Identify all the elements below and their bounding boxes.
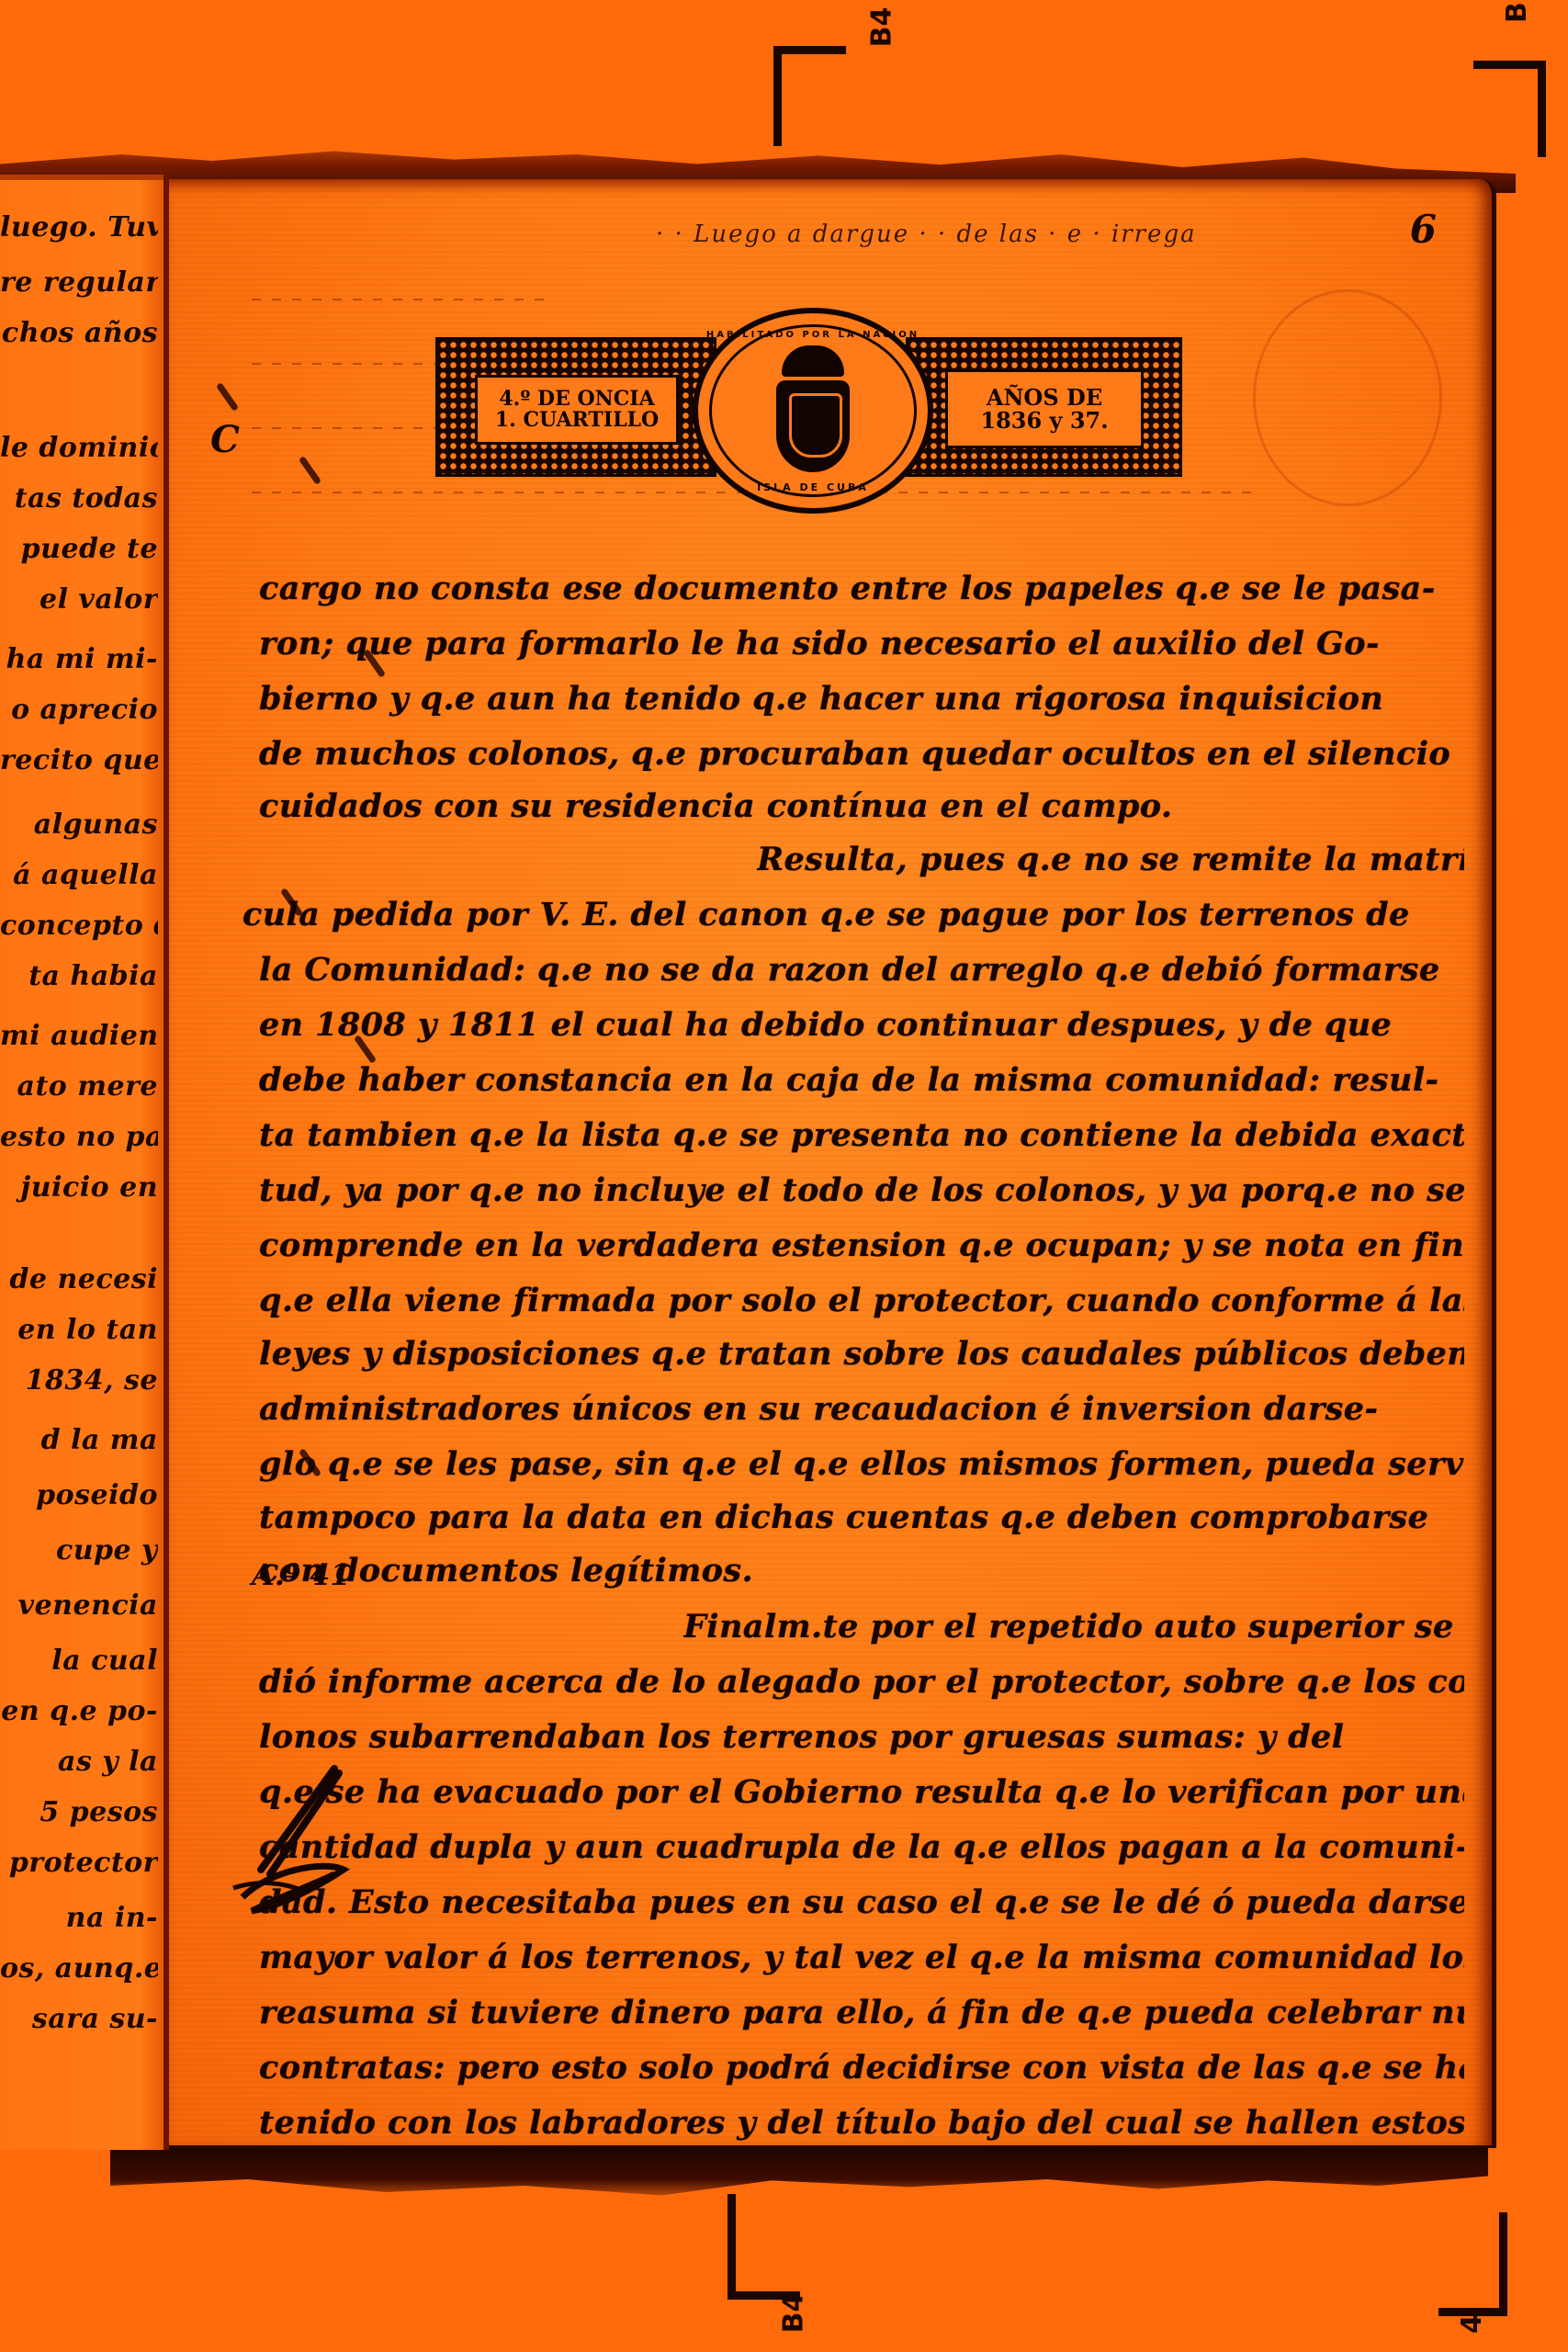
bleed-through-stroke — [299, 456, 321, 485]
bleed-through-line — [252, 299, 546, 300]
header-scribble: · · Luego a dargue · · de las · e · irre… — [656, 220, 1197, 248]
text-line: tud, ya por q.e no incluye el todo de lo… — [259, 1171, 1464, 1209]
watermark-seal — [1253, 289, 1442, 506]
left-line: juicio en — [0, 1171, 158, 1204]
left-line: de necesi — [0, 1263, 158, 1295]
left-line: tas todas — [0, 482, 158, 514]
left-line: ta habia — [0, 960, 158, 992]
left-line: ato mere — [0, 1070, 158, 1102]
royal-crest-icon — [776, 345, 850, 474]
text-line: lonos subarrendaban los terrenos por gru… — [259, 1718, 1464, 1756]
left-line: venencia — [0, 1589, 158, 1622]
text-line: dió informe acerca de lo alegado por el … — [259, 1663, 1464, 1701]
left-line: en lo tan — [0, 1314, 158, 1346]
text-line: Finalm.te por el repetido auto superior … — [683, 1608, 1464, 1645]
left-page-fragment: luego. Tuvo re regular chos años le domi… — [0, 175, 169, 2150]
left-line: poseido — [0, 1479, 158, 1511]
stamp-years-line2: 1836 y 37. — [980, 409, 1108, 432]
text-line: q.e ella viene firmada por solo el prote… — [259, 1282, 1464, 1319]
left-line: o aprecio — [0, 694, 158, 726]
registration-corner-bottom — [728, 2194, 800, 2300]
text-line: administradores únicos en su recaudacion… — [259, 1390, 1464, 1428]
text-line: tampoco para la data en dichas cuentas q… — [259, 1498, 1464, 1536]
left-line: protector — [0, 1847, 158, 1879]
text-line: contratas: pero esto solo podrá decidirs… — [259, 2049, 1464, 2086]
margin-letter: C — [210, 418, 240, 461]
left-line: mi audien — [0, 1020, 158, 1052]
left-line: as y la — [0, 1746, 158, 1778]
text-line: debe haber constancia en la caja de la m… — [259, 1061, 1464, 1099]
left-line: chos años — [0, 317, 158, 349]
left-line: esto no pa- — [0, 1121, 158, 1153]
left-line: 5 pesos — [0, 1796, 158, 1828]
stamp-right-panel: AÑOS DE 1836 y 37. — [906, 337, 1182, 477]
left-line: el valor — [0, 583, 158, 616]
left-line: algunas — [0, 808, 158, 841]
left-line: puede te — [0, 533, 158, 565]
registration-corner-bottom-right — [1438, 2212, 1507, 2316]
text-line: ta tambien q.e la lista q.e se presenta … — [259, 1116, 1464, 1154]
registration-label-bottom: B4 — [777, 2293, 809, 2334]
left-line: d la ma — [0, 1424, 158, 1456]
text-line: tenido con los labradores y del título b… — [259, 2104, 1464, 2142]
page-number: 6 — [1410, 207, 1437, 252]
left-line: en q.e po- — [0, 1695, 158, 1727]
text-line: con documentos legítimos. — [259, 1552, 1464, 1589]
left-line: cupe y — [0, 1534, 158, 1566]
text-line: q.e se ha evacuado por el Gobierno resul… — [259, 1773, 1464, 1811]
text-line: leyes y disposiciones q.e tratan sobre l… — [259, 1335, 1464, 1373]
stamp-seal: HABILITADO POR LA NACION ISLA DE CUBA — [693, 308, 933, 514]
seal-top-text: HABILITADO POR LA NACION — [698, 330, 928, 340]
left-line: re regular — [0, 266, 158, 299]
shield-icon — [776, 380, 850, 472]
text-line: cantidad dupla y aun cuadrupla de la q.e… — [259, 1828, 1464, 1866]
text-line: en 1808 y 1811 el cual ha debido continu… — [259, 1006, 1464, 1044]
left-line: la cual — [0, 1645, 158, 1677]
left-line: sara su- — [0, 2003, 158, 2035]
text-line: bierno y q.e aun ha tenido q.e hacer una… — [259, 680, 1464, 718]
text-line: Resulta, pues q.e no se remite la matrí- — [757, 841, 1464, 878]
text-line: glo q.e se les pase, sin q.e el q.e ello… — [259, 1445, 1464, 1483]
stamp-value-line1: 4.º DE ONCIA — [499, 389, 654, 410]
registration-label-bottom-right: 4 — [1456, 2314, 1488, 2334]
stamp-value-label: 4.º DE ONCIA 1. CUARTILLO — [475, 375, 679, 445]
left-line: na in- — [0, 1902, 158, 1934]
text-line: reasuma si tuviere dinero para ello, á f… — [259, 1994, 1464, 2031]
manuscript-page: · · Luego a dargue · · de las · e · irre… — [169, 179, 1496, 2148]
text-line: comprende en la verdadera estension q.e … — [259, 1227, 1464, 1264]
stamp-years-label: AÑOS DE 1836 y 37. — [945, 369, 1144, 448]
seal-bottom-text: ISLA DE CUBA — [698, 481, 928, 493]
left-line: luego. Tuvo — [0, 211, 158, 243]
registration-label-top: B4 — [865, 7, 897, 48]
text-line: cula pedida por V. E. del canon q.e se p… — [243, 896, 1464, 933]
text-line: de muchos colonos, q.e procuraban quedar… — [259, 735, 1464, 773]
text-line: cuidados con su residencia contínua en e… — [259, 787, 1464, 825]
text-line: la Comunidad: q.e no se da razon del arr… — [259, 951, 1464, 989]
text-line: mayor valor á los terrenos, y tal vez el… — [259, 1939, 1464, 1976]
registration-corner-top-right — [1473, 61, 1546, 157]
left-line: 1834, se — [0, 1364, 158, 1396]
left-line: ha mi mi- — [0, 643, 158, 675]
text-line: ron; que para formarlo le ha sido necesa… — [259, 625, 1464, 662]
left-line: á aquella — [0, 859, 158, 891]
stamp-value-line2: 1. CUARTILLO — [495, 410, 659, 431]
left-line: os, aunq.e — [0, 1952, 158, 1984]
registration-corner-top — [773, 46, 846, 146]
crown-icon — [782, 345, 844, 377]
left-line: le dominio — [0, 432, 158, 464]
left-line: concepto de — [0, 910, 158, 942]
bleed-through-stroke — [216, 382, 239, 412]
text-line: dad. Esto necesitaba pues en su caso el … — [259, 1883, 1464, 1921]
left-line: recito que — [0, 744, 158, 776]
stamp-left-panel: 4.º DE ONCIA 1. CUARTILLO — [435, 337, 716, 477]
stamp-years-line1: AÑOS DE — [987, 386, 1102, 409]
tax-stamp: 4.º DE ONCIA 1. CUARTILLO AÑOS DE 1836 y… — [435, 308, 1181, 503]
registration-label-top-right: B — [1501, 2, 1533, 23]
text-line: cargo no consta ese documento entre los … — [259, 570, 1464, 607]
